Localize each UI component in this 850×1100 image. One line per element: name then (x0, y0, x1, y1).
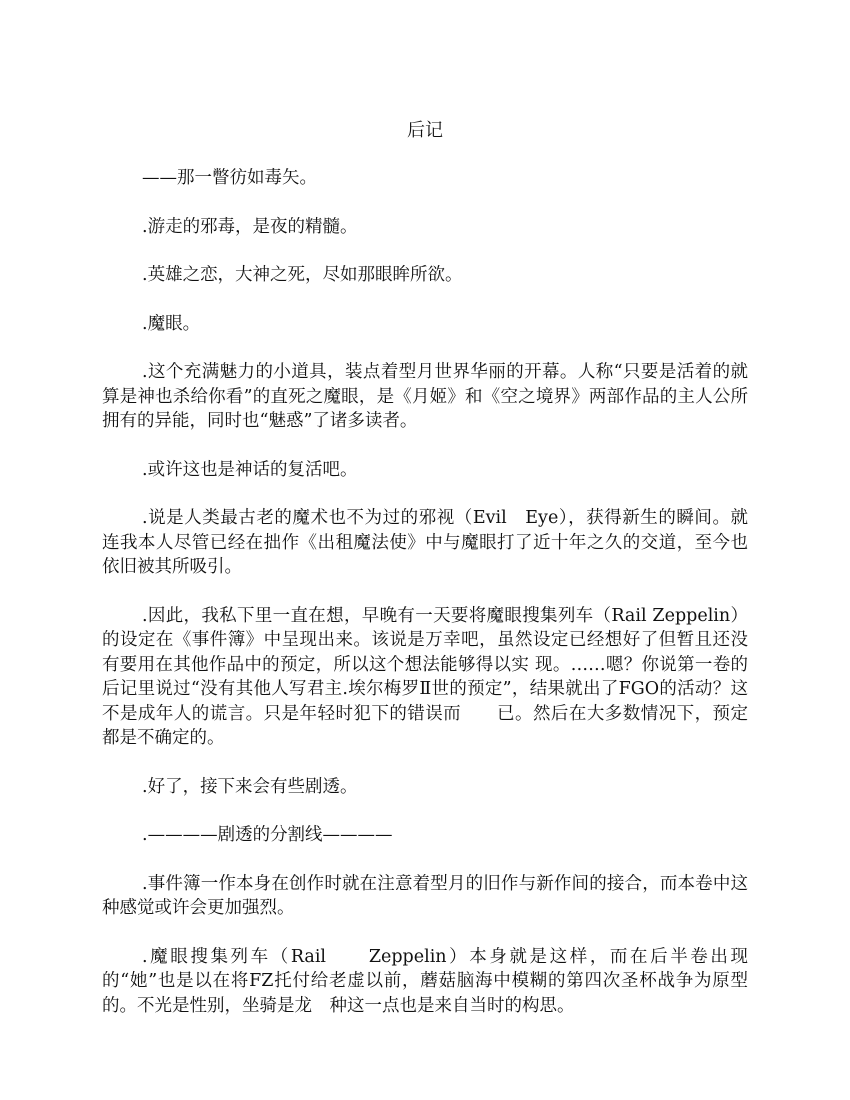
paragraph: .魔眼搜集列车（Rail Zeppelin）本身就是这样，而在后半卷出现的“她”… (102, 945, 748, 1019)
paragraph: .魔眼。 (102, 312, 748, 337)
paragraph: .游走的邪毒，是夜的精髓。 (102, 215, 748, 240)
document-page: 后记 ——那一瞥彷如毒矢。 .游走的邪毒，是夜的精髓。 .英雄之恋，大神之死，尽… (102, 118, 748, 1042)
paragraph: ——那一瞥彷如毒矢。 (102, 166, 748, 191)
paragraph: .英雄之恋，大神之死，尽如那眼眸所欲。 (102, 263, 748, 288)
paragraph: .好了，接下来会有些剧透。 (102, 775, 748, 800)
page-title: 后记 (102, 118, 748, 144)
paragraph: .事件簿一作本身在创作时就在注意着型月的旧作与新作间的接合，而本卷中这种感觉或许… (102, 872, 748, 921)
paragraph: .这个充满魅力的小道具，装点着型月世界华丽的开幕。人称“只要是活着的就算是神也杀… (102, 360, 748, 434)
paragraph: .因此，我私下里一直在想，早晚有一天要将魔眼搜集列车（Rail Zeppelin… (102, 604, 748, 751)
spoiler-divider: .————剧透的分割线———— (102, 823, 748, 848)
paragraph: .或许这也是神话的复活吧。 (102, 458, 748, 483)
paragraph: .说是人类最古老的魔术也不为过的邪视（Evil Eye），获得新生的瞬间。就连我… (102, 506, 748, 580)
